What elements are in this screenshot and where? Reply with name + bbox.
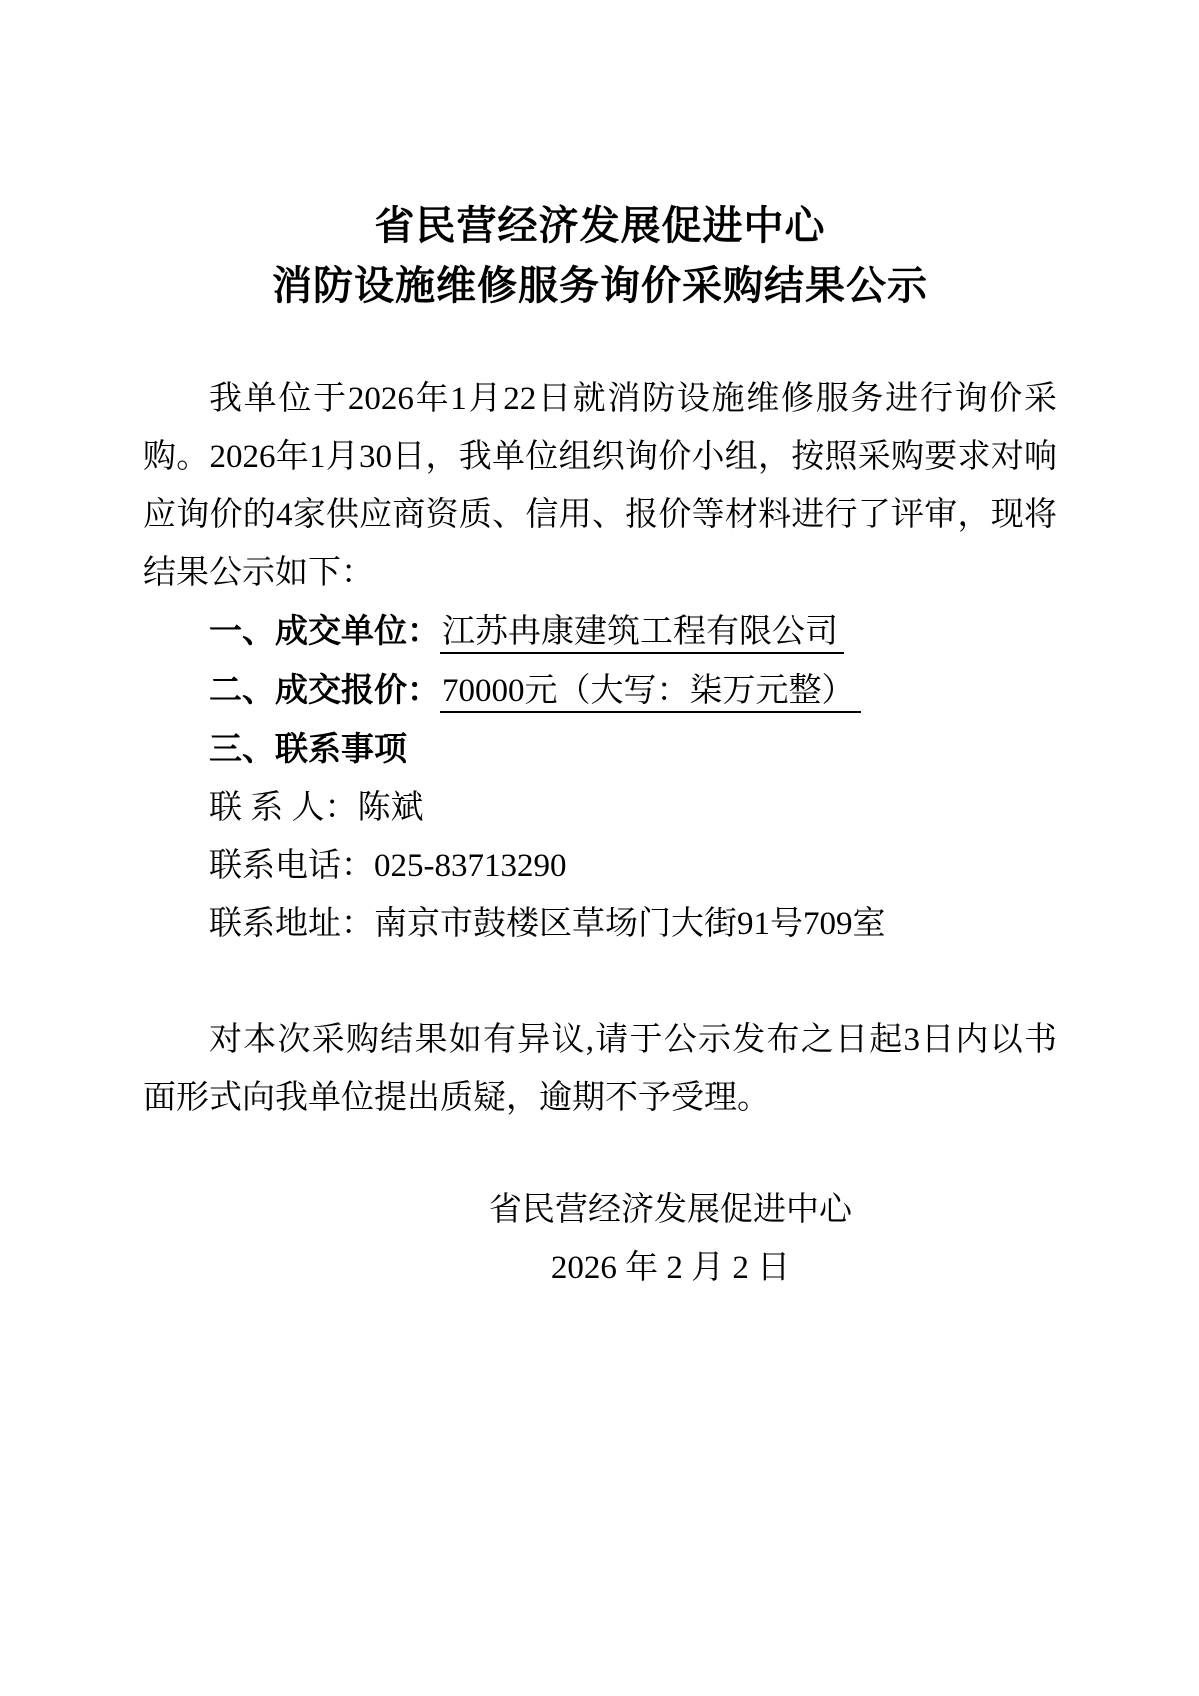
page-title: 省民营经济发展促进中心 消防设施维修服务询价采购结果公示 bbox=[143, 196, 1057, 316]
item-contact-heading-label: 三、联系事项 bbox=[209, 730, 407, 767]
document-body: 我单位于2026年1月22日就消防设施维修服务进行询价采购。2026年1月30日… bbox=[143, 370, 1057, 1127]
item-awarded-price-value: 70000元（大写：柒万元整） bbox=[440, 673, 861, 713]
item-awarded-price-label: 二、成交报价： bbox=[209, 671, 440, 708]
item-contact-heading: 三、联系事项 bbox=[143, 720, 1057, 779]
intro-paragraph: 我单位于2026年1月22日就消防设施维修服务进行询价采购。2026年1月30日… bbox=[143, 370, 1057, 602]
item-awarded-price: 二、成交报价：70000元（大写：柒万元整） bbox=[143, 661, 1057, 720]
signature-date: 2026 年 2 月 2 日 bbox=[489, 1239, 852, 1297]
title-line-2: 消防设施维修服务询价采购结果公示 bbox=[143, 256, 1057, 316]
contact-phone-line: 联系电话：025-83713290 bbox=[143, 837, 1057, 895]
item-awarded-supplier: 一、成交单位：江苏冉康建筑工程有限公司 bbox=[143, 602, 1057, 661]
objection-paragraph: 对本次采购结果如有异议,请于公示发布之日起3日内以书面形式向我单位提出质疑，逾期… bbox=[143, 1011, 1057, 1127]
item-awarded-supplier-label: 一、成交单位： bbox=[209, 612, 440, 649]
contact-person-line: 联 系 人：陈斌 bbox=[143, 779, 1057, 837]
item-awarded-supplier-value: 江苏冉康建筑工程有限公司 bbox=[440, 614, 844, 654]
title-line-1: 省民营经济发展促进中心 bbox=[143, 196, 1057, 256]
contact-address-line: 联系地址：南京市鼓楼区草场门大街91号709室 bbox=[143, 895, 1057, 953]
signature-block: 省民营经济发展促进中心 2026 年 2 月 2 日 bbox=[489, 1181, 852, 1297]
document-page: 省民营经济发展促进中心 消防设施维修服务询价采购结果公示 我单位于2026年1月… bbox=[0, 0, 1199, 1696]
signature-org: 省民营经济发展促进中心 bbox=[489, 1181, 852, 1239]
